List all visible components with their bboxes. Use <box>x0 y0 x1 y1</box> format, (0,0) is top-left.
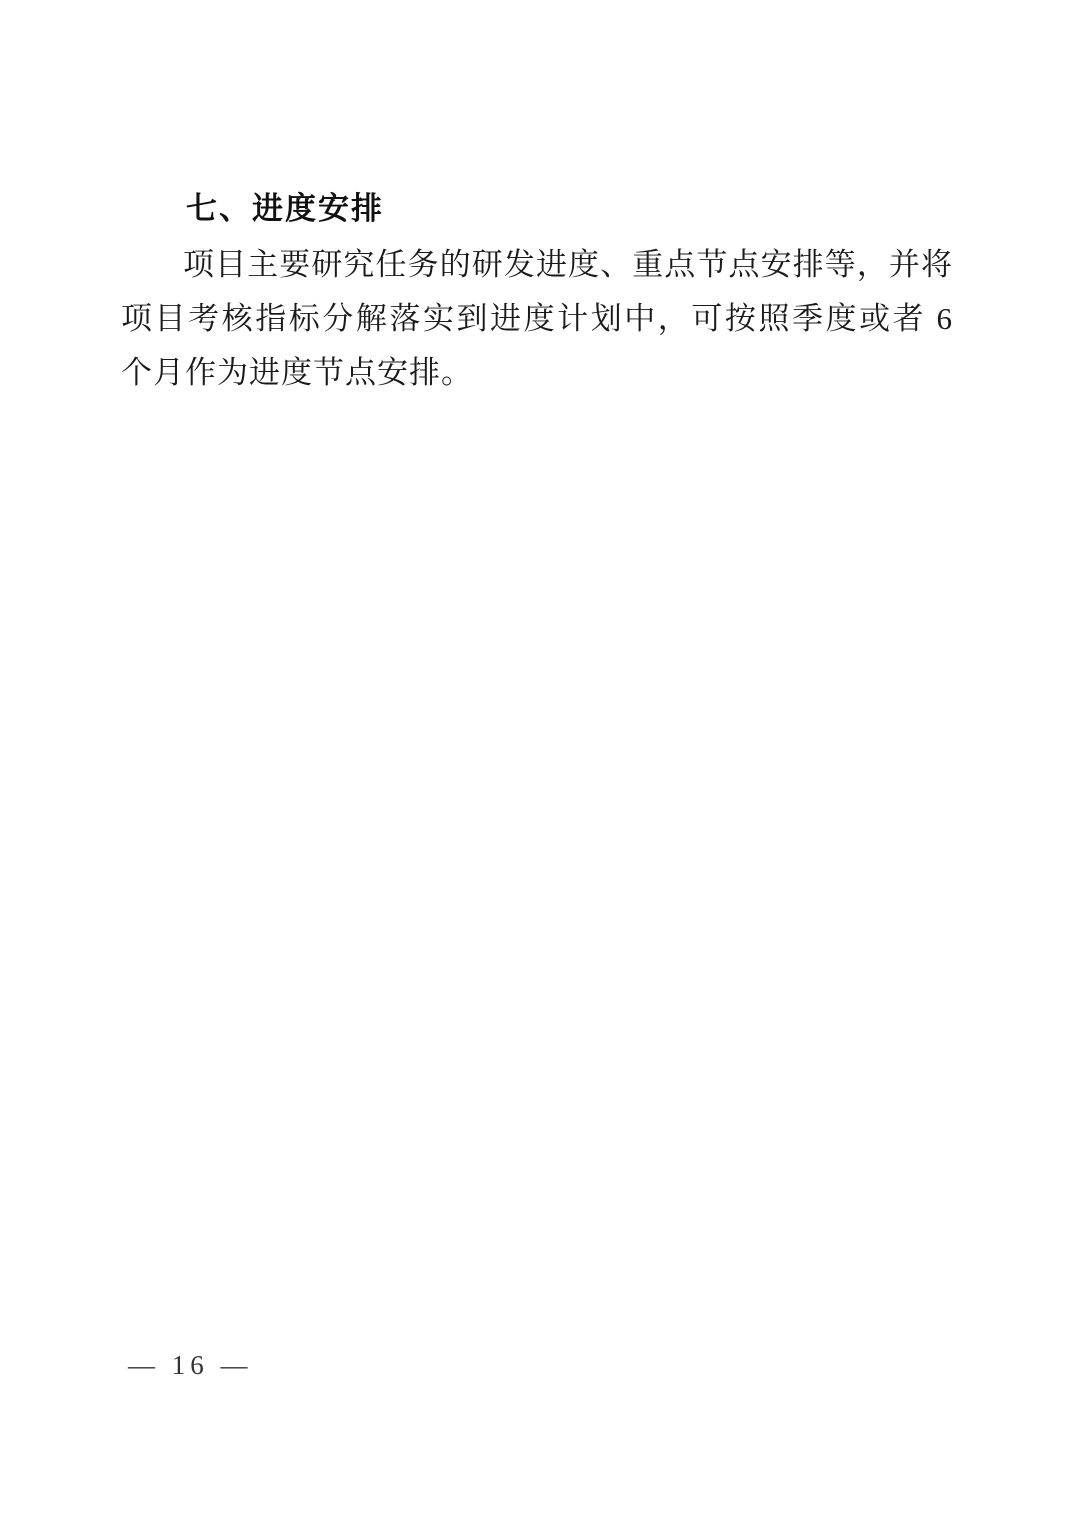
section-heading: 七、进度安排 <box>186 190 384 228</box>
section-paragraph: 项目主要研究任务的研发进度、重点节点安排等，并将项目考核指标分解落实到进度计划中… <box>121 238 953 400</box>
page-number: — 16 — <box>128 1350 253 1381</box>
document-page: 七、进度安排 项目主要研究任务的研发进度、重点节点安排等，并将项目考核指标分解落… <box>0 0 1074 1520</box>
